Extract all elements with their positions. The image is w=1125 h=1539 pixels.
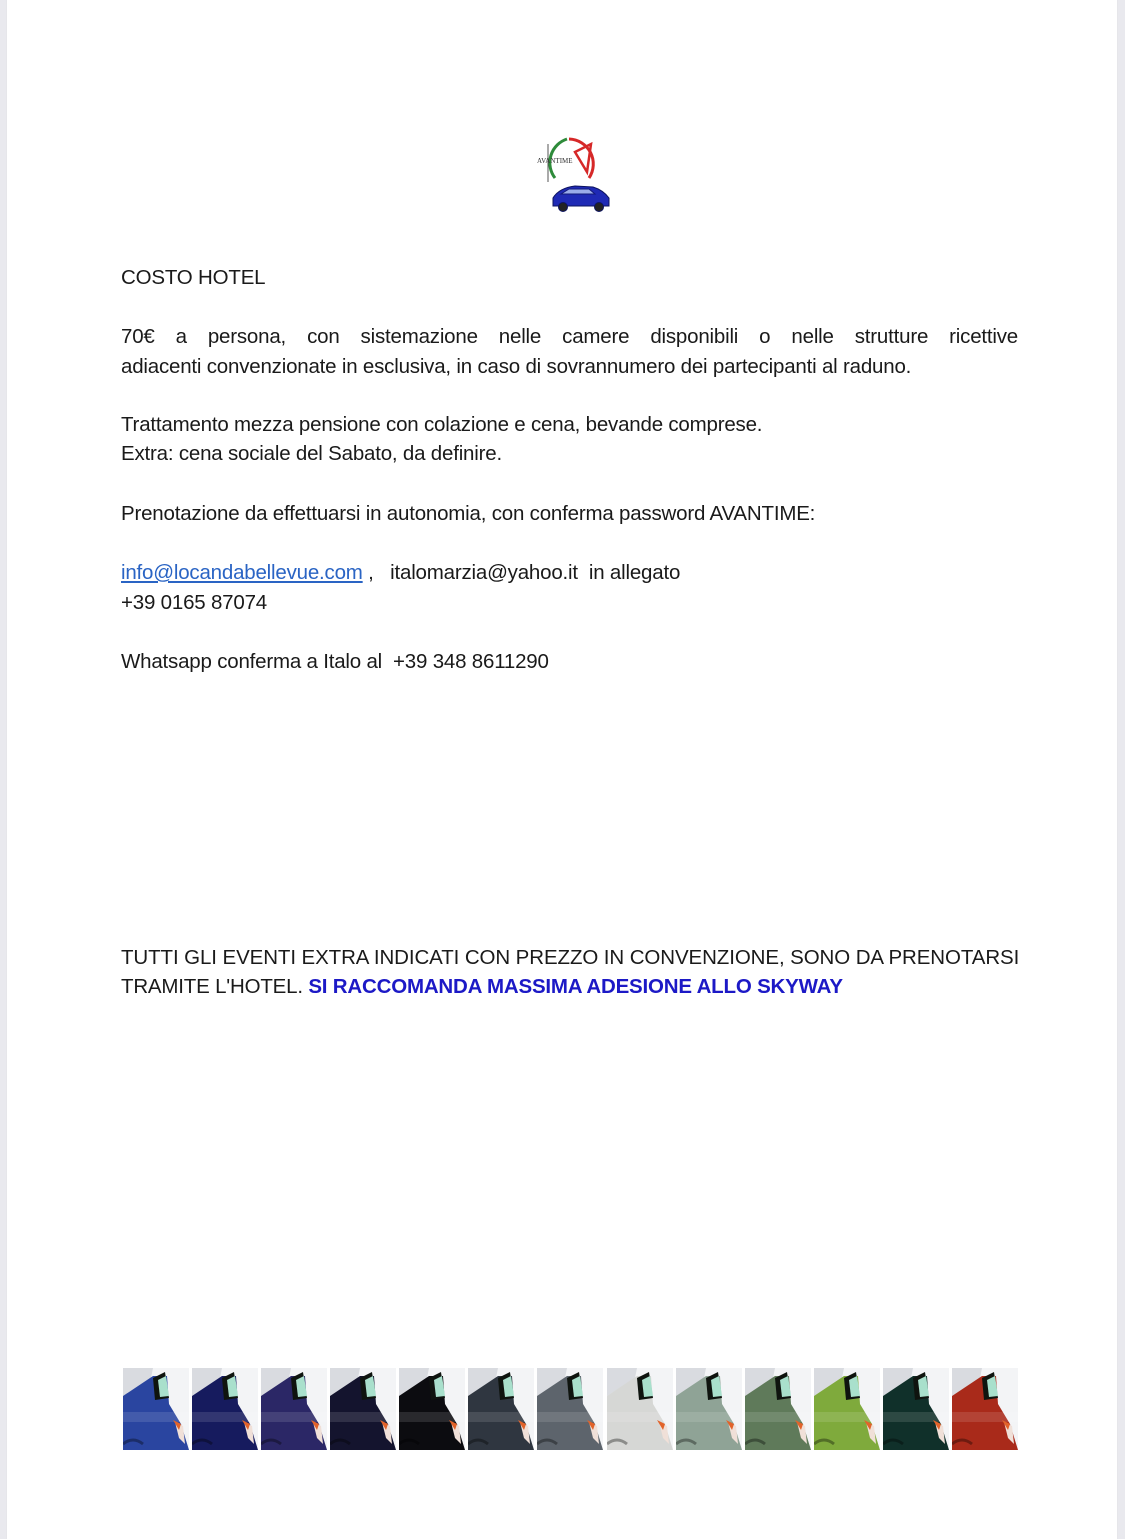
car-rear-color-swatch-icon: [399, 1368, 465, 1450]
price-line-1: 70€ a persona, con sistemazione nelle ca…: [121, 322, 1018, 352]
car-rear-color-swatch-icon: [607, 1368, 673, 1450]
svg-text:AVANTIME: AVANTIME: [537, 157, 573, 165]
car-rear-color-swatch-icon: [261, 1368, 327, 1450]
treatment-line: Trattamento mezza pensione con colazione…: [121, 410, 1018, 440]
car-color-swatch: [745, 1368, 811, 1450]
car-rear-color-swatch-icon: [883, 1368, 949, 1450]
car-color-swatch: [192, 1368, 258, 1450]
car-rear-color-swatch-icon: [745, 1368, 811, 1450]
hotel-phone: +39 0165 87074: [121, 588, 1018, 618]
price-line-2: adiacenti convenzionate in esclusiva, in…: [121, 355, 911, 378]
car-color-swatch: [676, 1368, 742, 1450]
secondary-email: italomarzia@yahoo.it: [390, 561, 578, 584]
car-color-swatch: [261, 1368, 327, 1450]
car-rear-color-swatch-icon: [468, 1368, 534, 1450]
notice-plain: TRAMITE L'HOTEL.: [121, 975, 308, 998]
car-rear-color-swatch-icon: [814, 1368, 880, 1450]
section-heading: COSTO HOTEL: [121, 263, 1018, 293]
car-rear-color-swatch-icon: [537, 1368, 603, 1450]
car-color-swatch: [952, 1368, 1018, 1450]
contact-emails: info@locandabellevue.com , italomarzia@y…: [121, 558, 1018, 588]
car-rear-color-swatch-icon: [192, 1368, 258, 1450]
car-rear-color-swatch-icon: [330, 1368, 396, 1450]
skyway-highlight: SI RACCOMANDA MASSIMA ADESIONE ALLO SKYW…: [308, 975, 843, 998]
notice-line-2: TRAMITE L'HOTEL. SI RACCOMANDA MASSIMA A…: [121, 972, 1018, 1002]
extra-line: Extra: cena sociale del Sabato, da defin…: [121, 439, 1018, 469]
car-rear-color-swatch-icon: [952, 1368, 1018, 1450]
notice-line-1: TUTTI GLI EVENTI EXTRA INDICATI CON PREZ…: [121, 943, 1018, 973]
avantime-logo: AVANTIME: [531, 134, 613, 214]
car-color-swatch: [814, 1368, 880, 1450]
booking-line: Prenotazione da effettuarsi in autonomia…: [121, 499, 1018, 529]
document-page: AVANTIME COSTO HOTEL 70€ a persona, con …: [7, 0, 1117, 1539]
avantime-club-logo-icon: AVANTIME: [531, 134, 613, 214]
car-rear-color-swatch-icon: [676, 1368, 742, 1450]
car-color-strip: [123, 1368, 1018, 1450]
price-paragraph: 70€ a persona, con sistemazione nelle ca…: [121, 322, 1018, 381]
car-rear-color-swatch-icon: [123, 1368, 189, 1450]
whatsapp-line: Whatsapp conferma a Italo al +39 348 861…: [121, 647, 1018, 677]
car-color-swatch: [399, 1368, 465, 1450]
car-color-swatch: [468, 1368, 534, 1450]
car-color-swatch: [883, 1368, 949, 1450]
car-color-swatch: [607, 1368, 673, 1450]
email-separator: ,: [363, 561, 390, 584]
hotel-email-link[interactable]: info@locandabellevue.com: [121, 561, 363, 584]
car-color-swatch: [123, 1368, 189, 1450]
email-suffix: in allegato: [578, 561, 680, 584]
car-color-swatch: [537, 1368, 603, 1450]
car-color-swatch: [330, 1368, 396, 1450]
